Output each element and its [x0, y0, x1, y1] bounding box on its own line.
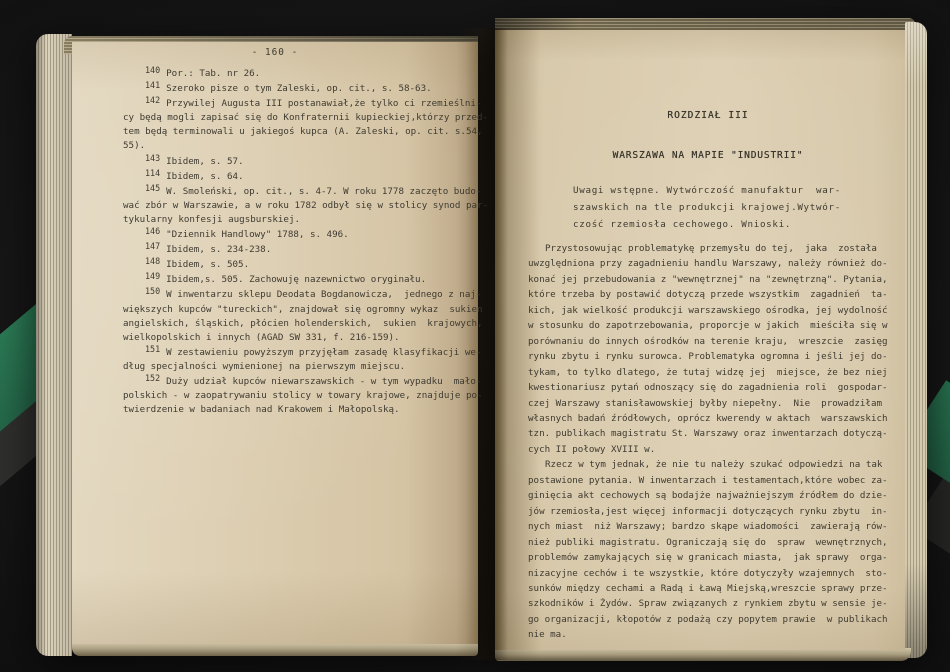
body-line: porównaniu do innych ośrodków na terenie… — [528, 334, 896, 349]
footnote-line: tem będą terminowali u jakiegoś kupca (A… — [123, 125, 499, 139]
footnote-list: 140Por.: Tab. nr 26.141Szeroko pisze o t… — [123, 66, 499, 417]
footnote-line: 146"Dziennik Handlowy" 1788, s. 496. — [123, 227, 499, 242]
footnote-line: 152Duży udział kupców niewarszawskich - … — [123, 374, 499, 389]
footnote-line: 55). — [123, 139, 499, 153]
body-line: go organizacji, kłopotów z podażą czy po… — [528, 612, 896, 627]
subtitle-line: czość rzemiosła cechowego. Wnioski. — [573, 216, 841, 233]
photo-background: - 160 - 140Por.: Tab. nr 26.141Szeroko p… — [0, 0, 950, 672]
footnote-line: 149Ibidem,s. 505. Zachowuję nazewnictwo … — [123, 272, 499, 287]
footnote-line: 114Ibidem, s. 64. — [123, 169, 499, 184]
body-line: nie ma. — [528, 627, 896, 642]
footnote-number: 114 — [145, 166, 160, 180]
body-line: tzn. publikach magistratu St. Warszawy o… — [528, 426, 896, 441]
body-line: nizacyjne cechów i te wszystkie, które d… — [528, 566, 896, 581]
subtitle-line: szawskich na tle produkcji krajowej.Wytw… — [573, 199, 841, 216]
footnote-number: 148 — [145, 254, 160, 268]
page-edge-stack-left — [36, 34, 72, 656]
footnote-line: dług specjalności wymienionej na pierwsz… — [123, 360, 499, 374]
footnote-line: cy będą mogli zapisać się do Konfraterni… — [123, 111, 499, 125]
body-line: Przystosowując problematykę przemysłu do… — [528, 241, 896, 256]
footnote-line: 143Ibidem, s. 57. — [123, 154, 499, 169]
footnote-line: 151W zestawieniu powyższym przyjęłam zas… — [123, 345, 499, 360]
footnote-number: 150 — [145, 284, 160, 298]
body-line: jów rzemiosła,jest więcej informacji dot… — [528, 504, 896, 519]
body-line: własnych badań źródłowych, oprócz kweren… — [528, 411, 896, 426]
body-line: uwzględniona przy zagadnieniu handlu War… — [528, 256, 896, 271]
body-line: tykam, to tylko dlatego, że tutaj widzę … — [528, 365, 896, 380]
left-page: - 160 - 140Por.: Tab. nr 26.141Szeroko p… — [72, 42, 478, 644]
page-edge-bottom-left — [72, 642, 478, 656]
footnote-line: 140Por.: Tab. nr 26. — [123, 66, 499, 81]
body-line: cych II połowy XVIII w. — [528, 442, 896, 457]
body-line: sunków między cechami a Radą i Ławą Miej… — [528, 581, 896, 596]
footnote-number: 149 — [145, 269, 160, 283]
footnote-line: 150W inwentarzu sklepu Deodata Bogdanowi… — [123, 287, 499, 302]
footnote-line: 145W. Smoleński, op. cit., s. 4-7. W rok… — [123, 184, 499, 199]
page-edge-stack-right — [905, 22, 927, 658]
book-spread: - 160 - 140Por.: Tab. nr 26.141Szeroko p… — [20, 12, 928, 664]
page-number: - 160 - — [72, 47, 478, 58]
footnote-line: polskich - w zaopatrywaniu stolicy w tow… — [123, 389, 499, 403]
body-line: szkodników i Żydów. Spraw związanych z r… — [528, 596, 896, 611]
body-line: kwestionariusz pytań odnoszący się do za… — [528, 380, 896, 395]
footnote-line: wać zbór w Warszawie, a w roku 1782 odby… — [123, 199, 499, 213]
footnote-number: 146 — [145, 224, 160, 238]
footnote-line: wielkopolskich i innych (AGAD SW 331, f.… — [123, 331, 499, 345]
body-line: czej Warszawy stanisławowskiej byłby nie… — [528, 396, 896, 411]
chapter-subtitle: Uwagi wstępne. Wytwórczość manufaktur wa… — [573, 182, 841, 233]
body-line: problemów zamykających się w granicach m… — [528, 550, 896, 565]
footnote-number: 140 — [145, 63, 160, 77]
body-line: które trzeba by postawić dotyczą przede … — [528, 287, 896, 302]
footnote-number: 152 — [145, 371, 160, 385]
footnote-line: 142Przywilej Augusta III postanawiał,że … — [123, 96, 499, 111]
body-line: kich, jak wielkość produkcji warszawskie… — [528, 303, 896, 318]
body-line: w stosunku do zapotrzebowania, proporcje… — [528, 318, 896, 333]
right-page: ROZDZIAŁ III WARSZAWA NA MAPIE "INDUSTRI… — [495, 30, 905, 650]
footnote-number: 142 — [145, 93, 160, 107]
footnote-line: 148Ibidem, s. 505. — [123, 257, 499, 272]
footnote-line: tykularny konfesji augsburskiej. — [123, 213, 499, 227]
footnote-line: 147Ibidem, s. 234-238. — [123, 242, 499, 257]
body-line: ginięcia akt cechowych są bodajże najważ… — [528, 488, 896, 503]
footnote-number: 145 — [145, 181, 160, 195]
chapter-heading: ROZDZIAŁ III — [528, 110, 888, 121]
footnote-number: 143 — [145, 151, 160, 165]
footnote-line: angielskich, śląskich, płócien holenders… — [123, 317, 499, 331]
footnote-line: 141Szeroko pisze o tym Zaleski, op. cit.… — [123, 81, 499, 96]
body-line: postawione pytania. W inwentarzach i tes… — [528, 473, 896, 488]
footnote-number: 147 — [145, 239, 160, 253]
body-paragraphs: Przystosowując problematykę przemysłu do… — [528, 241, 896, 643]
body-line: konać jej przebudowania z "wewnętrznej" … — [528, 272, 896, 287]
footnote-number: 151 — [145, 342, 160, 356]
footnote-number: 141 — [145, 78, 160, 92]
subtitle-line: Uwagi wstępne. Wytwórczość manufaktur wa… — [573, 182, 841, 199]
footnote-line: twierdzenie w badaniach nad Krakowem i M… — [123, 403, 499, 417]
body-line: Rzecz w tym jednak, że nie tu należy szu… — [528, 457, 896, 472]
body-line: rynku zbytu i rynku surowca. Problematyk… — [528, 349, 896, 364]
footnote-line: większych kupców "tureckich", znajdował … — [123, 303, 499, 317]
body-line: nież publiki magistratu. Ograniczają się… — [528, 535, 896, 550]
body-line: nych miast niż Warszawy; bardzo skąpe wi… — [528, 519, 896, 534]
chapter-title: WARSZAWA NA MAPIE "INDUSTRII" — [528, 150, 888, 161]
